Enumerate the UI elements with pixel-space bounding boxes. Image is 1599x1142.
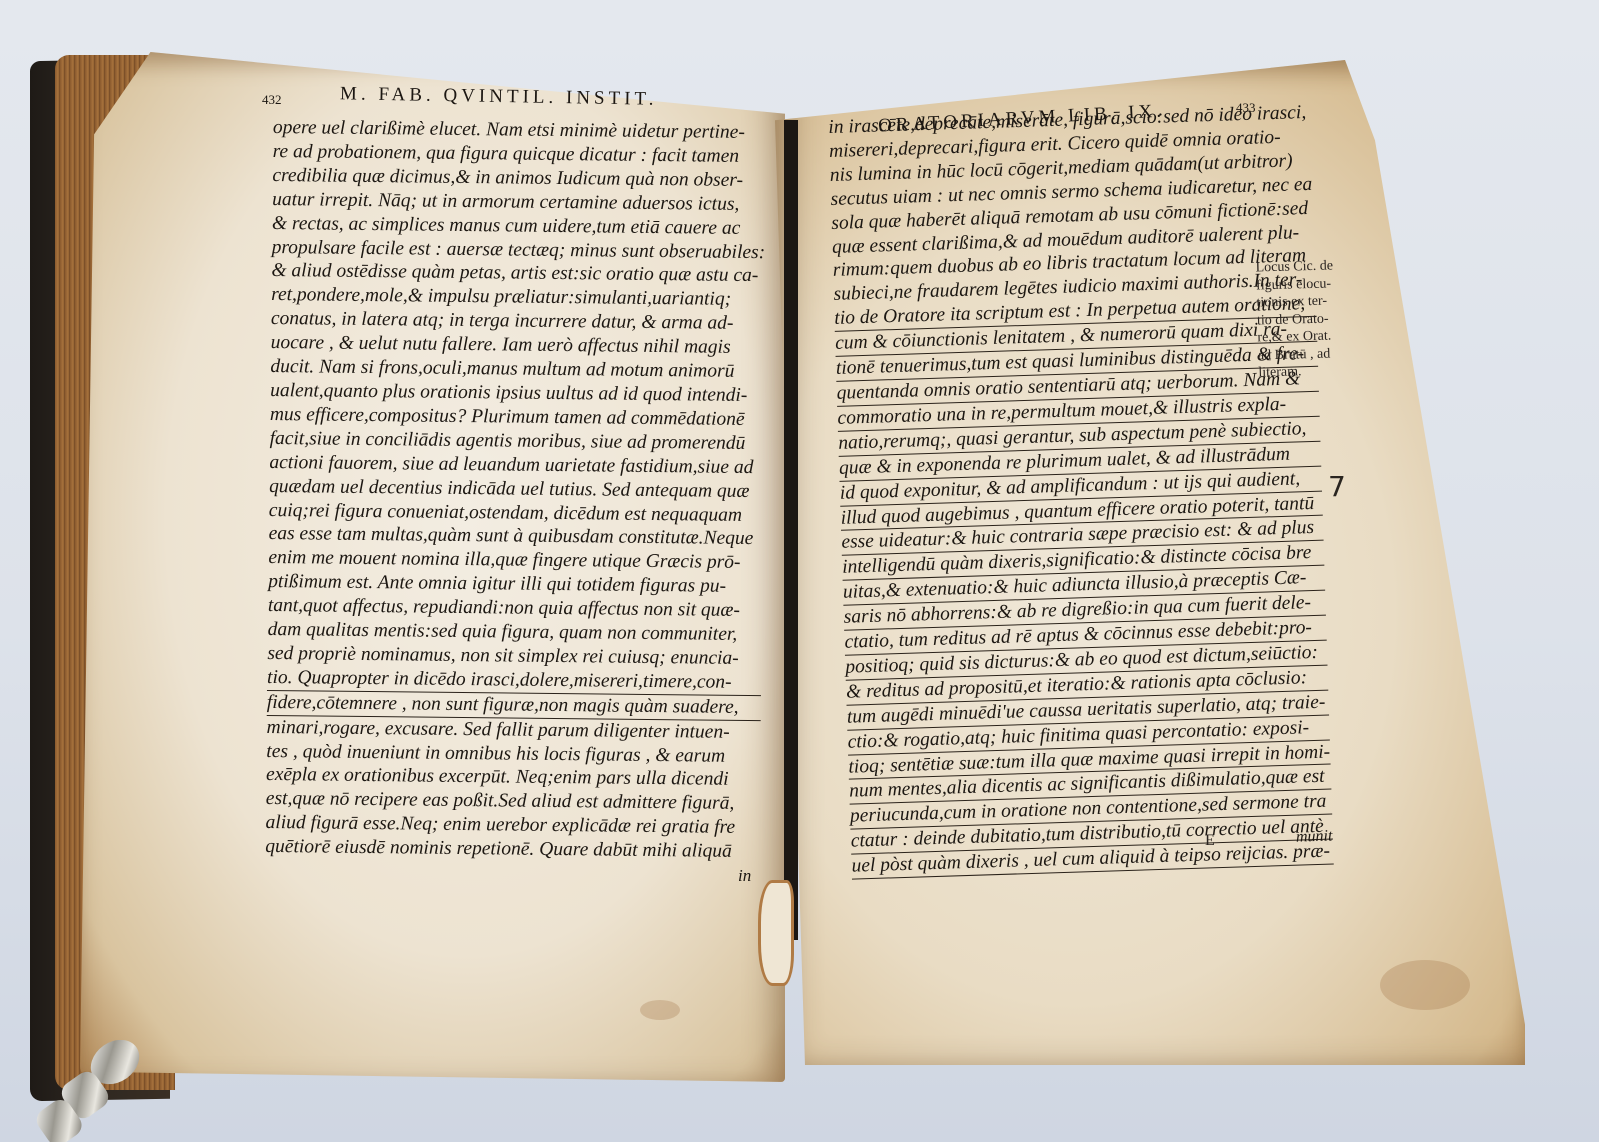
open-book: 432 M. FAB. QVINTIL. INSTIT. opere uel c… [0, 0, 1599, 1142]
right-page-text: in irascēte,deprecāte,miserāte, figurā,s… [828, 101, 1334, 880]
metal-pen-tip-icon [30, 1040, 140, 1142]
paper-stain [1380, 960, 1470, 1010]
right-catchword: munit [1296, 827, 1333, 846]
paper-stain [640, 1000, 680, 1020]
left-catchword: in [738, 866, 751, 886]
signature-mark: E [1205, 832, 1215, 850]
page-damage-tear [758, 880, 794, 986]
left-page-text: opere uel clarißimè elucet. Nam etsi min… [265, 116, 766, 864]
margin-note-line: literam. [1258, 362, 1368, 382]
book-spine-gap [784, 120, 798, 940]
left-page-number: 432 [262, 92, 282, 108]
handwritten-number-mark: 7 [1328, 470, 1346, 503]
margin-note: Locus Cic. de figuris elocu- tionis ex t… [1255, 257, 1368, 382]
